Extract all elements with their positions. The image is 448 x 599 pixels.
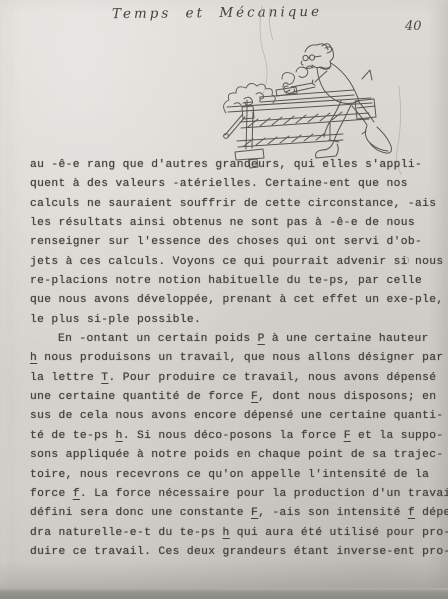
text-line: sus de cela nous avons encore dépensé un…	[30, 407, 438, 426]
page-bottom-edge	[0, 588, 448, 599]
text-line: sons appliquée à notre poids en chaque p…	[30, 446, 438, 465]
text-line: renseigner sur l'essence des choses qui …	[30, 233, 438, 252]
text-line: té de te-ps h. Si nous déco-posons la fo…	[30, 427, 438, 446]
text-segment: En -ontant un certain poids	[58, 333, 258, 345]
text-line: défini sera donc une constante F, -ais s…	[30, 504, 438, 523]
text-segment: té de te-ps	[30, 430, 116, 442]
text-line: la lettre T. Pour produire ce travail, n…	[30, 369, 438, 388]
text-line: calculs ne sauraient souffrir de cette c…	[30, 195, 438, 214]
text-line: au -ê-e rang que d'autres grandeurs, qui…	[30, 156, 438, 175]
text-segment: que nous avons développée, prenant à cet…	[30, 294, 444, 306]
text-line: une certaine quantité de force F, dont n…	[30, 388, 438, 407]
text-segment: force	[30, 488, 73, 500]
sketch-man-head	[301, 44, 333, 69]
text-segment: et la suppo-	[351, 430, 444, 442]
text-segment: dépen-	[415, 507, 448, 519]
text-segment: les résultats ainsi obtenus ne sont pas …	[30, 217, 415, 229]
text-segment: , dont nous disposons; en	[258, 391, 436, 403]
underlined-symbol: F	[344, 430, 351, 442]
text-segment: . La force nécessaire pour la production…	[80, 488, 448, 500]
text-segment: défini sera donc une constante	[30, 507, 251, 519]
scanned-document-page: Temps et Mécanique 40	[0, 0, 448, 599]
text-segment: calculs ne sauraient souffrir de cette c…	[30, 198, 436, 210]
text-segment: re-placions notre notion habituelle du t…	[30, 275, 422, 287]
underlined-symbol: h	[116, 430, 123, 442]
underlined-symbol: h	[223, 527, 230, 539]
text-line: duire ce travail. Ces deux grandeurs éta…	[30, 543, 438, 562]
text-segment: toire, nous recevrons ce qu'on appelle l…	[30, 469, 429, 481]
sketch-support-box	[355, 99, 376, 119]
text-line: dra naturelle-e-t du te-ps h qui aura ét…	[30, 524, 438, 543]
text-line: le plus si-ple possible.	[30, 311, 438, 330]
underlined-symbol: f	[408, 507, 415, 519]
text-segment: , -ais son intensité	[258, 507, 408, 519]
text-segment: dra naturelle-e-t du te-ps	[30, 527, 223, 539]
text-segment: renseigner sur l'essence des choses qui …	[30, 236, 422, 248]
sketch-man-legs	[316, 101, 392, 158]
text-line: h nous produisons un travail, que nous a…	[30, 349, 438, 368]
sketch-plane-and-board	[260, 83, 354, 102]
text-line: quent à des valeurs -atérielles. Certain…	[30, 175, 438, 194]
text-segment: la lettre	[30, 372, 101, 384]
text-line: force f. La force nécessaire pour la pro…	[30, 485, 438, 504]
text-segment: . Pour produire ce travail, nous avons d…	[108, 372, 436, 384]
underlined-symbol: f	[73, 488, 80, 500]
text-line: re-placions notre notion habituelle du t…	[30, 272, 438, 291]
underlined-symbol: P	[258, 333, 265, 345]
text-segment: sons appliquée à notre poids en chaque p…	[30, 449, 444, 461]
text-segment: une certaine quantité de force	[30, 391, 251, 403]
text-segment: . Si nous déco-posons la force	[123, 430, 344, 442]
text-segment: à une certaine hauteur	[265, 333, 429, 345]
text-line: jets à ces calculs. Voyons ce qui pourra…	[30, 253, 438, 272]
text-segment: nous produisons un travail, que nous all…	[37, 352, 443, 364]
text-segment: duire ce travail. Ces deux grandeurs éta…	[30, 546, 448, 558]
text-line: les résultats ainsi obtenus ne sont pas …	[30, 214, 438, 233]
text-line: toire, nous recevrons ce qu'on appelle l…	[30, 466, 438, 485]
text-segment: quent à des valeurs -atérielles. Certain…	[30, 178, 408, 190]
text-segment: sus de cela nous avons encore dépensé un…	[30, 410, 444, 422]
text-segment: au -ê-e rang que d'autres grandeurs, qui…	[30, 159, 422, 171]
text-segment: qui aura été utilisé pour pro-	[230, 527, 448, 539]
text-line: En -ontant un certain poids P à une cert…	[30, 330, 438, 349]
body-text: au -ê-e rang que d'autres grandeurs, qui…	[30, 156, 438, 562]
text-segment: jets à ces calculs. Voyons ce qui pourra…	[30, 256, 444, 268]
text-segment: le plus si-ple possible.	[30, 314, 201, 326]
text-line: que nous avons développée, prenant à cet…	[30, 291, 438, 310]
